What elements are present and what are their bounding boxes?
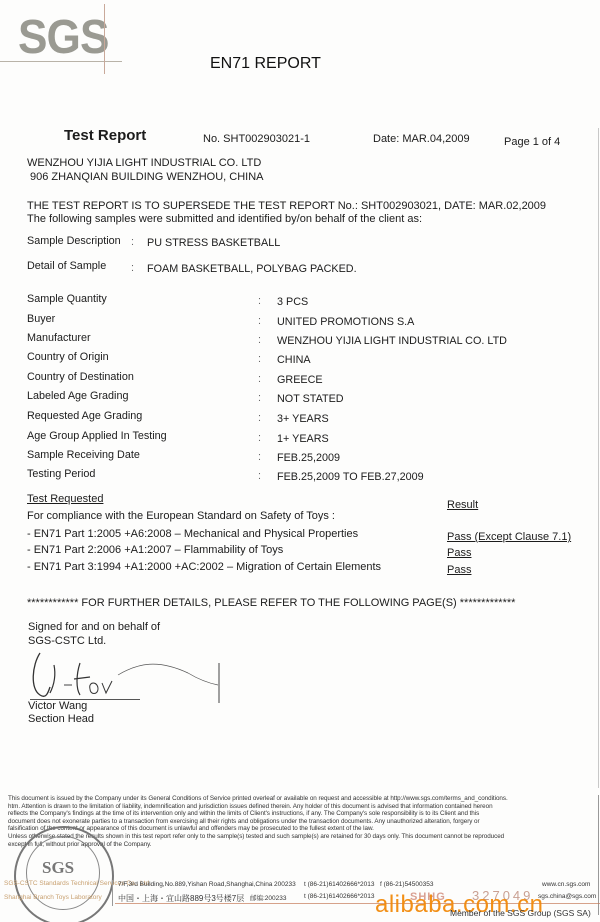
supersede-notice: THE TEST REPORT IS TO SUPERSEDE THE TEST… bbox=[27, 200, 546, 212]
footer-website[interactable]: www.cn.sgs.com bbox=[542, 881, 590, 888]
samples-intro: The following samples were submitted and… bbox=[27, 213, 422, 225]
footer-address-en: 7/F,3rd Building,No.889,Yishan Road,Shan… bbox=[118, 881, 272, 888]
client-name: WENZHOU YIJIA LIGHT INDUSTRIAL CO. LTD bbox=[27, 157, 261, 169]
footer-fax: f (86-21)54500353 bbox=[380, 881, 434, 888]
field-label: Country of Destination bbox=[27, 371, 134, 383]
signatory-name: Victor Wang bbox=[28, 700, 87, 712]
test-name: - EN71 Part 1:2005 +A6:2008 – Mechanical… bbox=[27, 528, 358, 540]
footer-email[interactable]: sgs.china@sgs.com bbox=[538, 893, 596, 900]
field-value: UNITED PROMOTIONS S.A bbox=[277, 316, 414, 328]
footer-telephone-cn: t (86-21)61402666*2013 bbox=[304, 893, 374, 900]
field-colon: : bbox=[258, 412, 261, 424]
report-number: No. SHT002903021-1 bbox=[203, 133, 310, 145]
compliance-statement: For compliance with the European Standar… bbox=[27, 510, 335, 522]
test-result: Pass bbox=[447, 564, 471, 576]
field-value: 3 PCS bbox=[277, 296, 308, 308]
field-colon: : bbox=[258, 451, 261, 463]
signed-on-behalf: Signed for and on behalf of bbox=[28, 621, 160, 633]
field-colon: : bbox=[131, 236, 134, 248]
field-value: 1+ YEARS bbox=[277, 433, 329, 445]
report-date: Date: MAR.04,2009 bbox=[373, 133, 470, 145]
disclaimer-line: htm. Attention is drawn to the limitatio… bbox=[8, 803, 493, 810]
field-value: FEB.25,2009 bbox=[277, 452, 340, 464]
report-title: Test Report bbox=[64, 127, 146, 144]
signature-scribble bbox=[28, 645, 228, 705]
sgs-membership: Member of the SGS Group (SGS SA) bbox=[450, 908, 591, 918]
further-details-note: ************ FOR FURTHER DETAILS, PLEASE… bbox=[27, 597, 515, 609]
field-colon: : bbox=[258, 432, 261, 444]
field-value: GREECE bbox=[277, 374, 323, 386]
result-heading: Result bbox=[447, 499, 478, 511]
field-value: FEB.25,2009 TO FEB.27,2009 bbox=[277, 471, 424, 483]
field-value: FOAM BASKETBALL, POLYBAG PACKED. bbox=[147, 263, 357, 275]
footer-company-branch: Shanghai Branch Toys Laboratory bbox=[4, 894, 102, 901]
test-requested-heading: Test Requested bbox=[27, 493, 103, 505]
footer-divider bbox=[112, 880, 113, 906]
margin-rule-footer bbox=[598, 795, 599, 915]
test-result: Pass bbox=[447, 547, 471, 559]
field-value: PU STRESS BASKETBALL bbox=[147, 237, 280, 249]
field-label: Labeled Age Grading bbox=[27, 390, 128, 402]
field-colon: : bbox=[258, 373, 261, 385]
field-value: CHINA bbox=[277, 354, 311, 366]
field-label: Buyer bbox=[27, 313, 55, 325]
disclaimer-line: document does not exonerate parties to a… bbox=[8, 818, 480, 825]
field-colon: : bbox=[258, 392, 261, 404]
field-colon: : bbox=[258, 334, 261, 346]
field-colon: : bbox=[258, 315, 261, 327]
test-name: - EN71 Part 2:2006 +A1:2007 – Flammabili… bbox=[27, 544, 283, 556]
field-value: 3+ YEARS bbox=[277, 413, 329, 425]
logo-rule-vertical bbox=[104, 4, 105, 74]
margin-rule bbox=[598, 128, 599, 788]
footer-postcode-en: 200233 bbox=[274, 881, 296, 888]
disclaimer-line: This document is issued by the Company u… bbox=[8, 795, 508, 802]
field-value: NOT STATED bbox=[277, 393, 344, 405]
field-label: Detail of Sample bbox=[27, 260, 106, 272]
field-colon: : bbox=[258, 470, 261, 482]
field-label: Age Group Applied In Testing bbox=[27, 430, 167, 442]
field-label: Sample Quantity bbox=[27, 293, 107, 305]
page-number: Page 1 of 4 bbox=[504, 136, 560, 148]
field-label: Manufacturer bbox=[27, 332, 91, 344]
field-label: Sample Receiving Date bbox=[27, 449, 140, 461]
field-label: Requested Age Grading bbox=[27, 410, 142, 422]
field-colon: : bbox=[258, 353, 261, 365]
client-address: 906 ZHANQIAN BUILDING WENZHOU, CHINA bbox=[30, 171, 263, 183]
field-label: Testing Period bbox=[27, 468, 95, 480]
signatory-role: Section Head bbox=[28, 713, 94, 725]
test-result: Pass (Except Clause 7.1) bbox=[447, 531, 571, 543]
field-value: WENZHOU YIJIA LIGHT INDUSTRIAL CO. LTD bbox=[277, 335, 507, 347]
field-colon: : bbox=[131, 262, 134, 274]
stamp-logo-text: SGS bbox=[42, 858, 74, 878]
footer-postcode-cn: 邮编:200233 bbox=[250, 893, 287, 902]
field-colon: : bbox=[258, 295, 261, 307]
report-heading: EN71 REPORT bbox=[210, 55, 321, 73]
field-label: Sample Description bbox=[27, 235, 121, 247]
sgs-logo: SGS bbox=[18, 10, 109, 65]
footer-telephone: t (86-21)61402666*2013 bbox=[304, 881, 374, 888]
test-name: - EN71 Part 3:1994 +A1:2000 +AC:2002 – M… bbox=[27, 561, 381, 573]
disclaimer-line: reflects the Company's findings at the t… bbox=[8, 810, 479, 817]
field-label: Country of Origin bbox=[27, 351, 109, 363]
